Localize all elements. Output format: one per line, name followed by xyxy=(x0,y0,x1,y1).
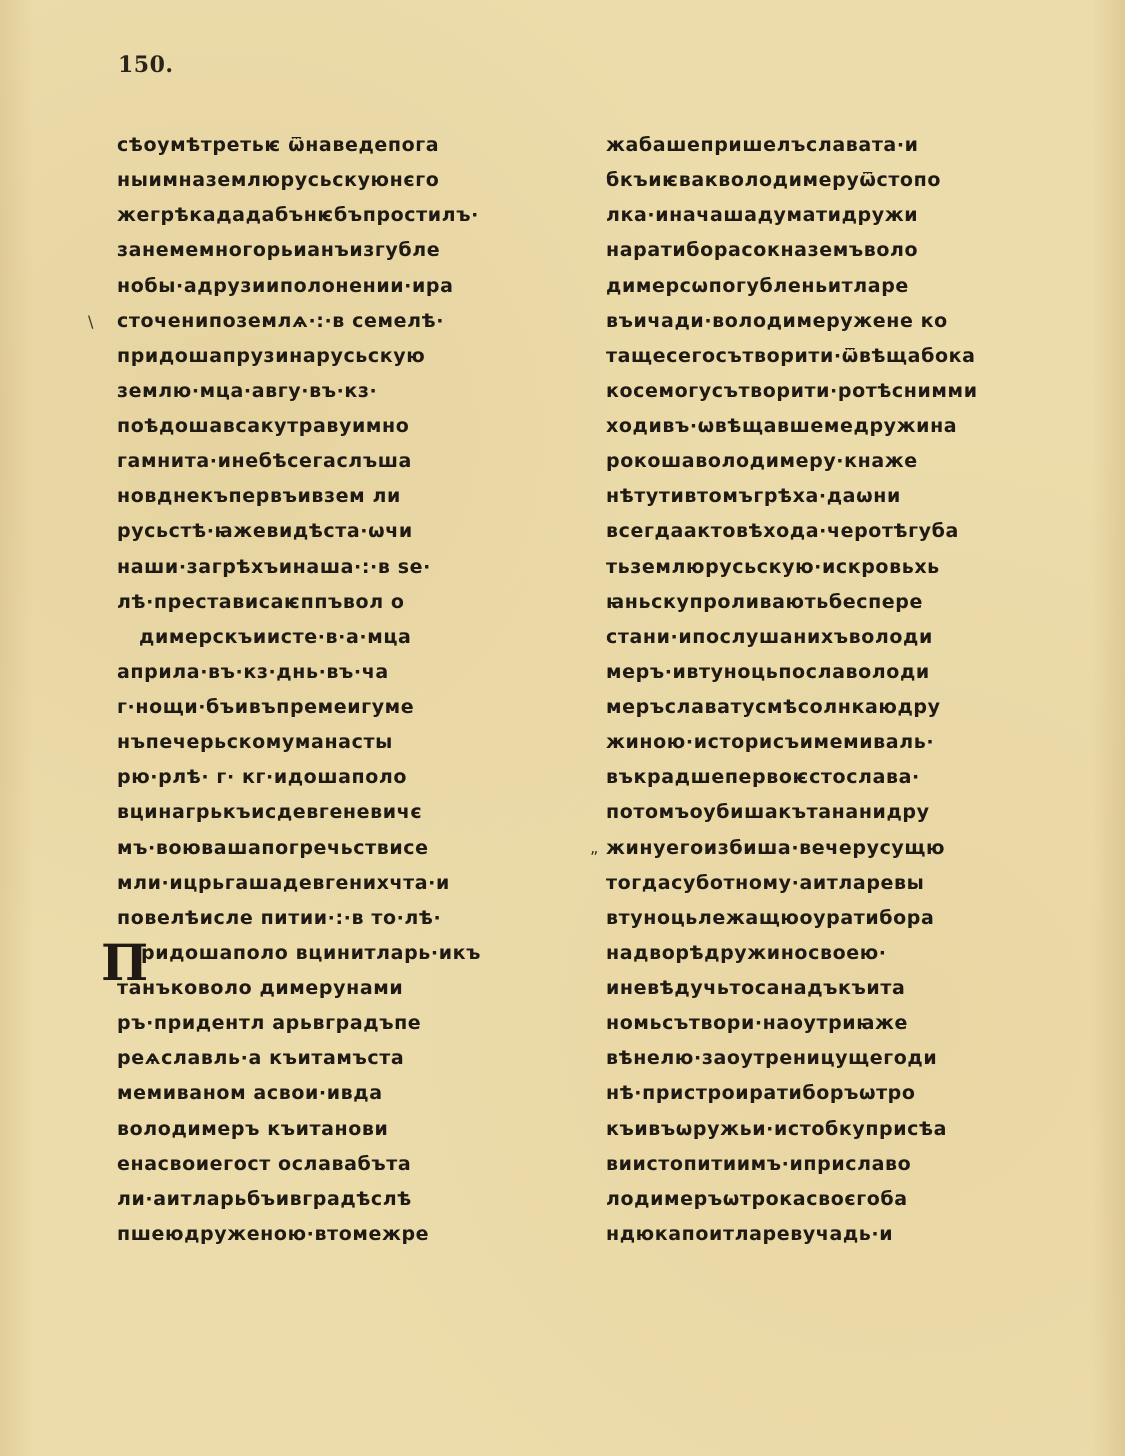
manuscript-line: къивъѡружьи·истобкуприсѣа xyxy=(606,1112,1086,1147)
manuscript-line: въичади·володимеружене ко xyxy=(606,304,1086,339)
manuscript-line: гамнита·инебѣсегаслъша xyxy=(117,444,567,479)
manuscript-line: ныимназемлюрусьскуюнєго xyxy=(117,163,567,198)
manuscript-line: пшеюдруженою·втомежре xyxy=(117,1217,567,1252)
manuscript-line: жегрѣкададабънѥбъпростилъ· xyxy=(117,198,567,233)
manuscript-line: сточенипоземлѧ·:·в семелѣ· xyxy=(117,304,567,339)
manuscript-line: тогдасуботному·аитларевы xyxy=(606,866,1086,901)
manuscript-line: втуноцьлежащюоуратибора xyxy=(606,901,1086,936)
manuscript-line: новднекъпервъивзем ли xyxy=(117,479,567,514)
manuscript-line: реѧславль·а къитамъста xyxy=(117,1041,567,1076)
manuscript-line: рю·рлѣ· г· кг·идошаполо xyxy=(117,760,567,795)
manuscript-line: номьсътвори·наоутриꙗже xyxy=(606,1006,1086,1041)
manuscript-line: нѣтутивтомъгрѣха·даѡни xyxy=(606,479,1086,514)
manuscript-line: всегдаактовѣхода·черотѣгуба xyxy=(606,514,1086,549)
manuscript-line: мъ·воювашапогречьствисе xyxy=(117,831,567,866)
manuscript-line: наратиборасокназемъволо xyxy=(606,233,1086,268)
manuscript-line: енасвоиегост ославабъта xyxy=(117,1147,567,1182)
manuscript-line: априла·въ·кз·днь·въ·ча xyxy=(117,655,567,690)
manuscript-line: сѣоумѣтретьѥ ѿнаведепога xyxy=(117,128,567,163)
manuscript-line: поѣдошавсакутравуимно xyxy=(117,409,567,444)
manuscript-line: лѣ·престависаѥппъвол о xyxy=(117,585,567,620)
manuscript-line: ходивъ·ѡвѣщавшемедружина xyxy=(606,409,1086,444)
manuscript-line: вѣнелю·заоутреницущегоди xyxy=(606,1041,1086,1076)
manuscript-line: русьстѣ·ꙗжевидѣста·ѡчи xyxy=(117,514,567,549)
manuscript-line: ꙗньскупроливаютьбеспере xyxy=(606,585,1086,620)
manuscript-line: косемогусътворити·ротѣснимми xyxy=(606,374,1086,409)
manuscript-line: меръ·ивтуноцьпославолоди xyxy=(606,655,1086,690)
right-text-column: жабашепришелъславата·ибкъиѥвакволодимеру… xyxy=(606,128,1086,1252)
manuscript-line: потомъоубишакътананидру xyxy=(606,795,1086,830)
manuscript-line: лка·иначашадуматидружи xyxy=(606,198,1086,233)
manuscript-line: виистопитиимъ·иприславо xyxy=(606,1147,1086,1182)
manuscript-line: тащесегосътворити·ѿвѣщабока xyxy=(606,339,1086,374)
left-text-column: сѣоумѣтретьѥ ѿнаведепоганыимназемлюрусьс… xyxy=(117,128,567,1252)
manuscript-line: димерсѡпогубленьитларе xyxy=(606,269,1086,304)
manuscript-line: меръславатусмѣсолнкаюдру xyxy=(606,690,1086,725)
manuscript-line: мемиваном асвои·ивда xyxy=(117,1076,567,1111)
manuscript-line: иневѣдучьтосанадъкъита xyxy=(606,971,1086,1006)
manuscript-line: ндюкапоитларевучадь·и xyxy=(606,1217,1086,1252)
manuscript-line: жабашепришелъславата·и xyxy=(606,128,1086,163)
manuscript-line: занемемногорьианъизгубле xyxy=(117,233,567,268)
manuscript-line: лодимеръѡтрокасвоєгоба xyxy=(606,1182,1086,1217)
manuscript-line: мли·ицрьгашадевгенихчта·и xyxy=(117,866,567,901)
manuscript-line: въкрадшепервоѥстослава· xyxy=(606,760,1086,795)
manuscript-line: ридошаполо вцинитларь·икъ xyxy=(117,936,567,971)
manuscript-line: тьземлюрусьскую·искровьхь xyxy=(606,550,1086,585)
manuscript-line: наши·загрѣхъинаша·:·в ѕе· xyxy=(117,550,567,585)
manuscript-line: жинуегоизбиша·вечерусущю xyxy=(606,831,1086,866)
manuscript-line: бкъиѥвакволодимеруѿстопо xyxy=(606,163,1086,198)
manuscript-line: володимеръ къитанови xyxy=(117,1112,567,1147)
manuscript-line: нъпечерьскомуманасты xyxy=(117,725,567,760)
margin-mark-right: „ xyxy=(590,838,598,857)
manuscript-line: г·нощи·бъивъпремеигуме xyxy=(117,690,567,725)
manuscript-line: нѣ·пристроиратиборъѡтро xyxy=(606,1076,1086,1111)
page-number: 150. xyxy=(118,52,174,78)
manuscript-line: димерскъиисте·в·а·мца xyxy=(117,620,567,655)
manuscript-line: рокошаволодимеру·кнаже xyxy=(606,444,1086,479)
manuscript-line: землю·мца·авгу·въ·кз· xyxy=(117,374,567,409)
manuscript-line: надворѣдружиносвоею· xyxy=(606,936,1086,971)
manuscript-line: танъковоло димерунами xyxy=(117,971,567,1006)
manuscript-line: ли·аитларьбъивградѣслѣ xyxy=(117,1182,567,1217)
margin-mark-left: \ xyxy=(88,312,93,331)
manuscript-line: стани·ипослушанихъволоди xyxy=(606,620,1086,655)
manuscript-line: нобы·адрузииполонении·ира xyxy=(117,269,567,304)
manuscript-line: вцинагрькъисдевгеневичє xyxy=(117,795,567,830)
manuscript-line: ръ·придентл арьвградъпе xyxy=(117,1006,567,1041)
manuscript-line: придошапрузинарусьскую xyxy=(117,339,567,374)
manuscript-line: повелѣисле питии·:·в то·лѣ· xyxy=(117,901,567,936)
manuscript-line: жиною·историсъимемиваль· xyxy=(606,725,1086,760)
